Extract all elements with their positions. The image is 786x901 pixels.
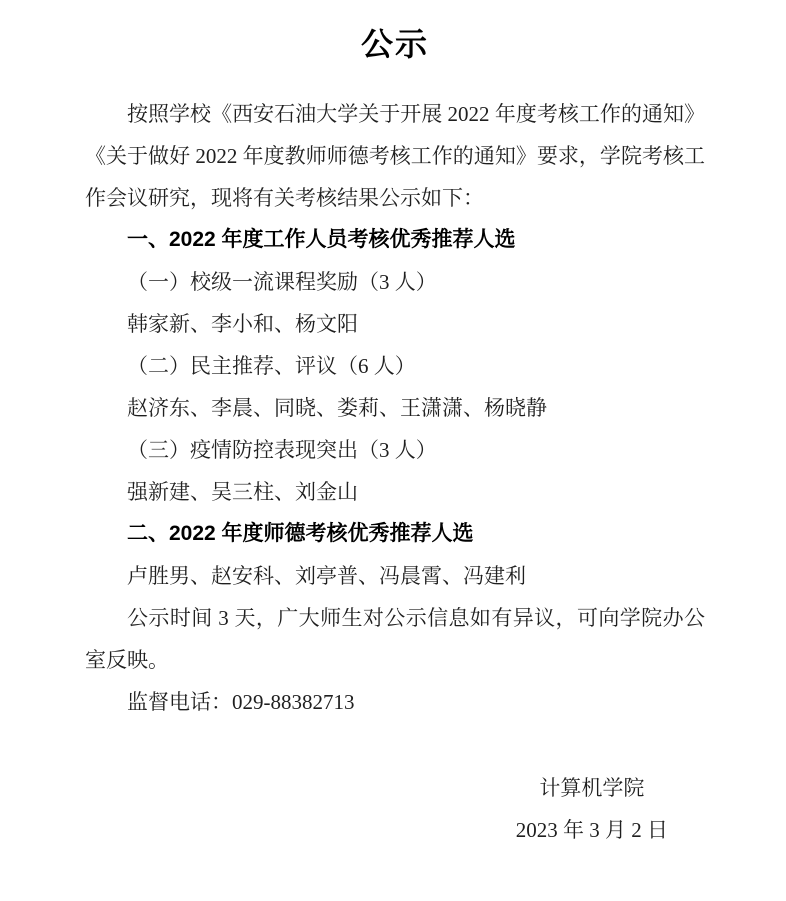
section-1-heading: 一、2022 年度工作人员考核优秀推荐人选	[85, 219, 705, 261]
section-1-group-3-label: （三）疫情防控表现突出（3 人）	[85, 429, 705, 471]
signature-org: 计算机学院	[516, 767, 668, 809]
section-1-group-1-names: 韩家新、李小和、杨文阳	[85, 303, 705, 345]
section-1-group-3-names: 强新建、吴三柱、刘金山	[85, 471, 705, 513]
signature-block: 计算机学院 2023 年 3 月 2 日	[516, 767, 668, 851]
notice-paragraph: 公示时间 3 天，广大师生对公示信息如有异议，可向学院办公室反映。	[85, 597, 705, 681]
intro-paragraph: 按照学校《西安石油大学关于开展 2022 年度考核工作的通知》《关于做好 202…	[85, 93, 705, 219]
signature-date: 2023 年 3 月 2 日	[516, 809, 668, 851]
section-1-group-1-label: （一）校级一流课程奖励（3 人）	[85, 261, 705, 303]
section-2-heading: 二、2022 年度师德考核优秀推荐人选	[85, 513, 705, 555]
phone-line: 监督电话：029-88382713	[85, 681, 705, 723]
announcement-page: 公示 按照学校《西安石油大学关于开展 2022 年度考核工作的通知》《关于做好 …	[0, 0, 786, 901]
page-title: 公示	[85, 22, 705, 66]
section-1-group-2-names: 赵济东、李晨、同晓、娄莉、王潇潇、杨晓静	[85, 387, 705, 429]
section-1-group-2-label: （二）民主推荐、评议（6 人）	[85, 345, 705, 387]
section-2-names: 卢胜男、赵安科、刘亭普、冯晨霄、冯建利	[85, 555, 705, 597]
